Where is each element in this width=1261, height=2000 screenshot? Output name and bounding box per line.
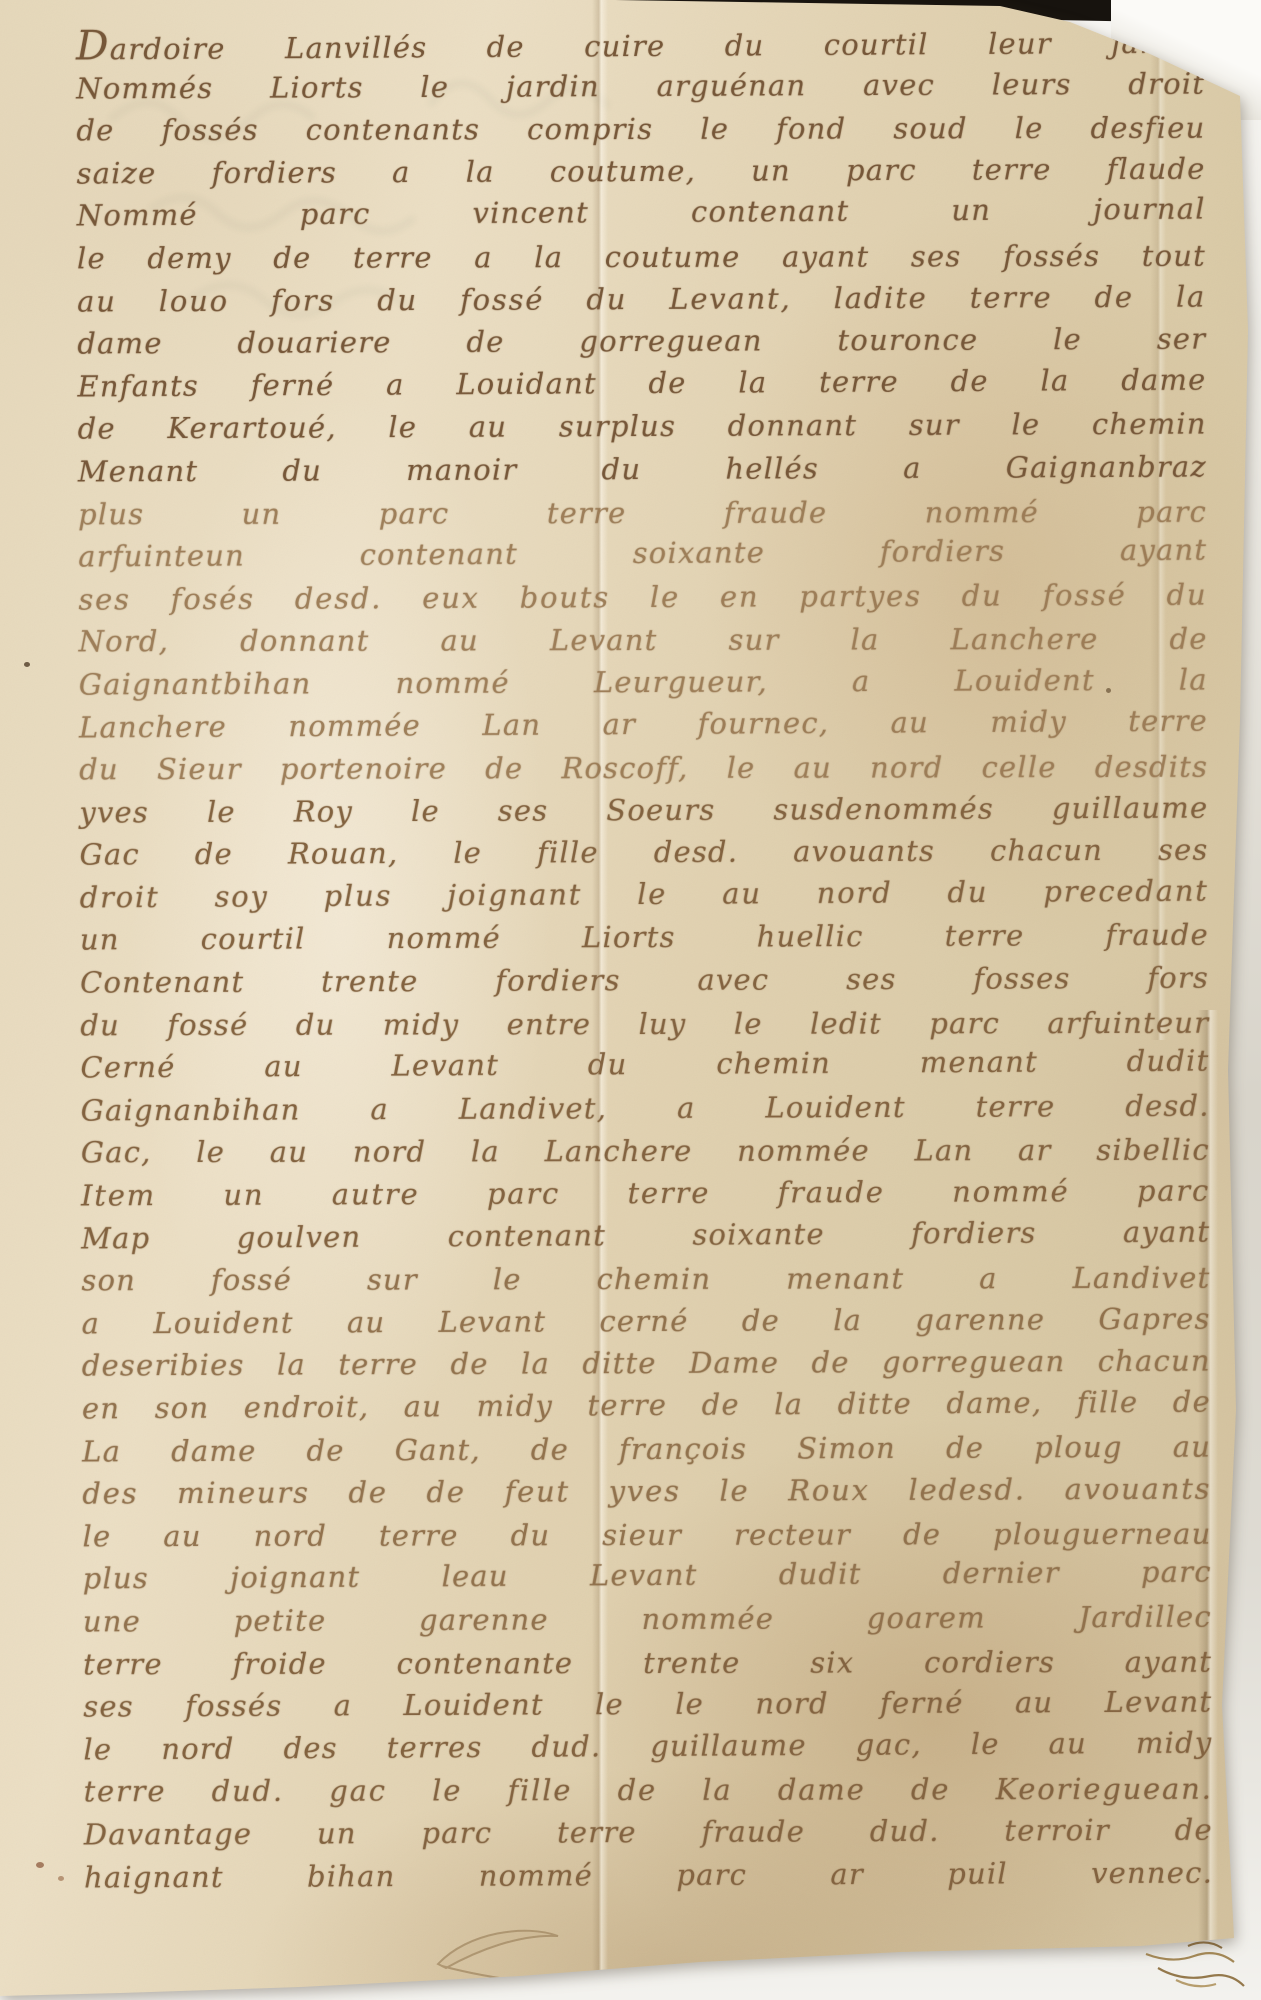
manuscript-line: ses fosés desd. eux bouts le en partyes … <box>78 573 1207 621</box>
parchment-page: Dardoire Lanvillés de cuire du courtil l… <box>0 0 1261 2000</box>
manuscript-text: Dardoire Lanvillés de cuire du courtil l… <box>76 20 1213 1899</box>
manuscript-line: a Louident au Levant cerné de la garenne… <box>81 1297 1210 1345</box>
manuscript-line: Cerné au Levant du chemin menant dudit <box>80 1040 1209 1089</box>
manuscript-line: deseribies la terre de la ditte Dame de … <box>82 1340 1211 1388</box>
manuscript-line: Map goulven contenant soixante fordiers … <box>81 1210 1210 1259</box>
manuscript-line: de Kerartoué, le au surplus donnant sur … <box>78 403 1207 451</box>
manuscript-line: terre dud. gac le fille de la dame de Ke… <box>84 1768 1213 1813</box>
manuscript-line: Davantage un parc terre fraude dud. terr… <box>84 1808 1213 1856</box>
manuscript-line: Item un autre parc terre fraude nommé pa… <box>81 1170 1210 1218</box>
manuscript-line: des mineurs de de feut yves le Roux lede… <box>82 1468 1211 1516</box>
manuscript-line: ses fossés a Louident le le nord ferné a… <box>83 1681 1212 1729</box>
manuscript-line: Nommé parc vincent contenant un journal <box>77 188 1206 237</box>
manuscript-line: droit soy plus joignant le au nord du pr… <box>80 869 1209 918</box>
manuscript-line: Menant du manoir du hellés a Gaignanbraz <box>78 445 1207 493</box>
manuscript-line: Nommés Liorts le jardin arguénan avec le… <box>76 62 1205 110</box>
ink-speck <box>36 1862 44 1868</box>
manuscript-line: de fossés contenants compris le fond sou… <box>76 107 1205 152</box>
manuscript-line: Gaignanbihan a Landivet, a Louident terr… <box>81 1084 1210 1132</box>
parchment-page-wrap: Dardoire Lanvillés de cuire du courtil l… <box>0 0 1261 2000</box>
frayed-edge-threads <box>1128 1924 1258 2000</box>
manuscript-line: le nord des terres dud. guillaume gac, l… <box>83 1721 1212 1770</box>
paraph-flourish-icon <box>408 1916 878 2000</box>
manuscript-line: Gac, le au nord la Lanchere nommée Lan a… <box>81 1129 1210 1174</box>
ink-speck <box>24 662 30 667</box>
manuscript-line: au louo fors du fossé du Levant, ladite … <box>77 275 1206 323</box>
manuscript-line: son fossé sur le chemin menant a Landive… <box>81 1257 1210 1302</box>
ink-speck <box>58 1876 64 1881</box>
manuscript-line: en son endroit, au midy terre de la ditt… <box>82 1381 1211 1430</box>
manuscript-line: La dame de Gant, de françois Simon de pl… <box>82 1425 1211 1473</box>
manuscript-line: Gaignantbihan nommé Leurgueur, a Louiden… <box>79 658 1208 706</box>
manuscript-line: terre froide contenante trente six cordi… <box>83 1640 1212 1685</box>
manuscript-line: le demy de terre a la coutume ayant ses … <box>77 235 1206 280</box>
manuscript-line: Nord, donnant au Levant sur la Lanchere … <box>79 618 1208 663</box>
manuscript-line: une petite garenne nommée goarem Jardill… <box>83 1595 1212 1643</box>
manuscript-line: dame douariere de gorreguean touronce le… <box>77 318 1206 366</box>
scanned-document-photo: Dardoire Lanvillés de cuire du courtil l… <box>0 0 1261 2000</box>
manuscript-line: un courtil nommé Liorts huellic terre fr… <box>80 914 1209 962</box>
manuscript-line: Contenant trente fordiers avec ses fosse… <box>80 957 1209 1005</box>
manuscript-line: Dardoire Lanvillés de cuire du courtil l… <box>76 18 1205 67</box>
manuscript-line: Gac de Rouan, le fille desd. avouants ch… <box>79 829 1208 877</box>
ink-speck <box>1106 688 1111 693</box>
manuscript-line: Lanchere nommée Lan ar fournec, au midy … <box>79 699 1208 748</box>
manuscript-line: plus joignant leau Levant dudit dernier … <box>83 1551 1212 1600</box>
manuscript-line: du Sieur portenoire de Roscoff, le au no… <box>79 746 1208 791</box>
manuscript-line: Enfants ferné a Louidant de la terre de … <box>77 358 1206 407</box>
manuscript-line: arfuinteun contenant soixante fordiers a… <box>78 529 1207 578</box>
manuscript-line: haignant bihan nommé parc ar puil vennec… <box>84 1851 1213 1899</box>
manuscript-line: yves le Roy le ses Soeurs susdenommés gu… <box>79 786 1208 834</box>
